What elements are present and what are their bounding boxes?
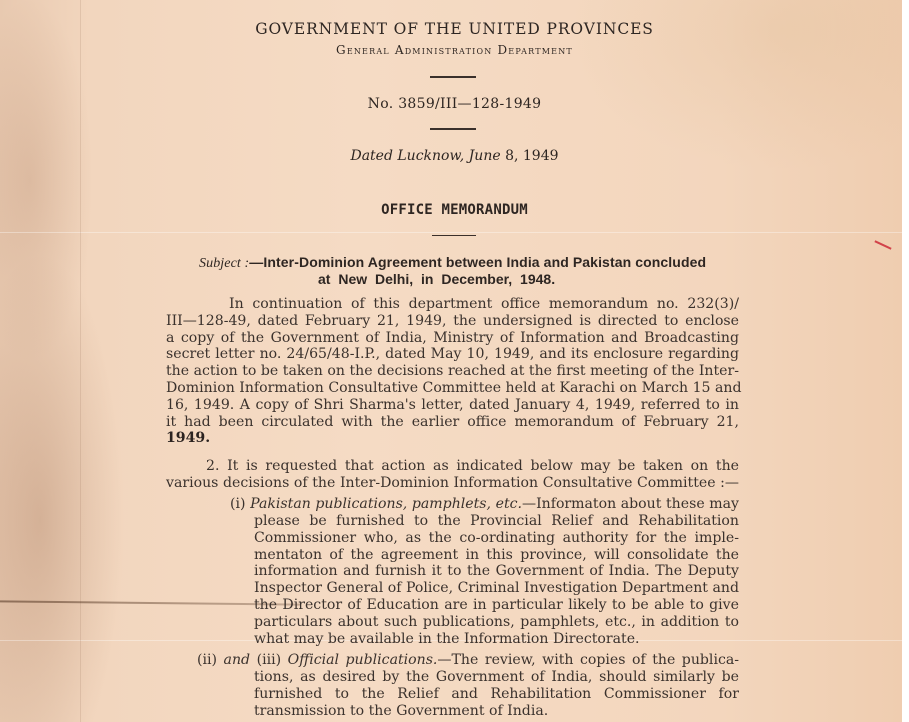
item-i-text: —Informaton about these may <box>522 496 739 512</box>
item-ii-iii: (ii) and (iii) Official publications.—Th… <box>197 652 739 669</box>
department-header: General Administration Department <box>0 43 909 57</box>
government-header: GOVERNMENT OF THE UNITED PROVINCES <box>0 20 909 38</box>
para1-line: the action to be taken on the decisions … <box>166 363 739 380</box>
paragraph-2: 2. It is requested that action as indica… <box>166 458 739 492</box>
divider <box>430 76 476 78</box>
item-i-line: the Director of Education are in particu… <box>254 597 739 614</box>
para1-line: III—128-49, dated February 21, 1949, the… <box>166 313 739 330</box>
para1-line: it had been circulated with the earlier … <box>166 414 739 431</box>
subject-label: Subject : <box>199 256 249 271</box>
subject-text: —Inter-Dominion Agreement between India … <box>249 254 706 270</box>
item-i: (i) Pakistan publications, pamphlets, et… <box>230 496 739 513</box>
item-i-body: please be furnished to the Provincial Re… <box>254 513 739 647</box>
item-i-line: Inspector General of Police, Criminal In… <box>254 580 739 597</box>
item-ii-marker: (ii) <box>197 652 217 668</box>
para1-line: 16, 1949. A copy of Shri Sharma's letter… <box>166 397 739 414</box>
item-and: and <box>224 652 251 668</box>
para2-line: 2. It is requested that action as indica… <box>166 458 739 475</box>
para1-line: a copy of the Government of India, Minis… <box>166 330 739 347</box>
office-memorandum-document: GOVERNMENT OF THE UNITED PROVINCES Gener… <box>0 0 909 722</box>
item-ii-line-1: (ii) and (iii) Official publications.—Th… <box>197 652 739 669</box>
item-ii-heading: Official publications. <box>288 652 438 668</box>
item-i-line: mentaton of the agreement in this provin… <box>254 547 739 564</box>
para1-line: Dominion Information Consultative Commit… <box>166 380 739 397</box>
item-ii-line: tions, as desired by the Government of I… <box>254 669 739 686</box>
divider <box>430 128 476 130</box>
divider <box>432 235 476 236</box>
para1-line: In continuation of this department offic… <box>166 296 739 313</box>
para2-line: various decisions of the Inter-Dominion … <box>166 475 739 492</box>
item-i-line: what may be available in the Information… <box>254 631 739 648</box>
dated-place: Dated Lucknow, June <box>350 148 500 164</box>
item-i-line-1: (i) Pakistan publications, pamphlets, et… <box>230 496 739 513</box>
item-i-line: please be furnished to the Provincial Re… <box>254 513 739 530</box>
item-ii-line: furnished to the Relief and Rehabilitati… <box>254 686 739 703</box>
para1-line: secret letter no. 24/65/48-I.P., dated M… <box>166 346 739 363</box>
item-i-heading: Pakistan publications, pamphlets, etc. <box>250 496 522 512</box>
paragraph-1: In continuation of this department offic… <box>166 296 739 447</box>
subject-line-1: Subject :—Inter-Dominion Agreement betwe… <box>199 254 706 272</box>
memo-number: No. 3859/III—128-1949 <box>0 96 909 112</box>
item-ii-line: transmission to the Government of India. <box>254 703 739 720</box>
item-ii-iii-body: tions, as desired by the Government of I… <box>254 669 739 719</box>
item-i-line: information and furnish it to the Govern… <box>254 563 739 580</box>
para1-line: 1949. <box>166 430 739 447</box>
item-i-line: Commissioner who, as the co-ordinating a… <box>254 530 739 547</box>
memo-date: Dated Lucknow, June 8, 1949 <box>0 148 909 164</box>
subject-line-2: at New Delhi, in December, 1948. <box>318 271 555 287</box>
item-iii-marker: (iii) <box>257 652 282 668</box>
memo-title: OFFICE MEMORANDUM <box>0 202 909 218</box>
item-ii-text: —The review, with copies of the publica- <box>437 652 739 668</box>
item-i-line: particulars about such publications, pam… <box>254 614 739 631</box>
item-i-marker: (i) <box>230 496 246 512</box>
dated-year: 8, 1949 <box>501 148 559 164</box>
